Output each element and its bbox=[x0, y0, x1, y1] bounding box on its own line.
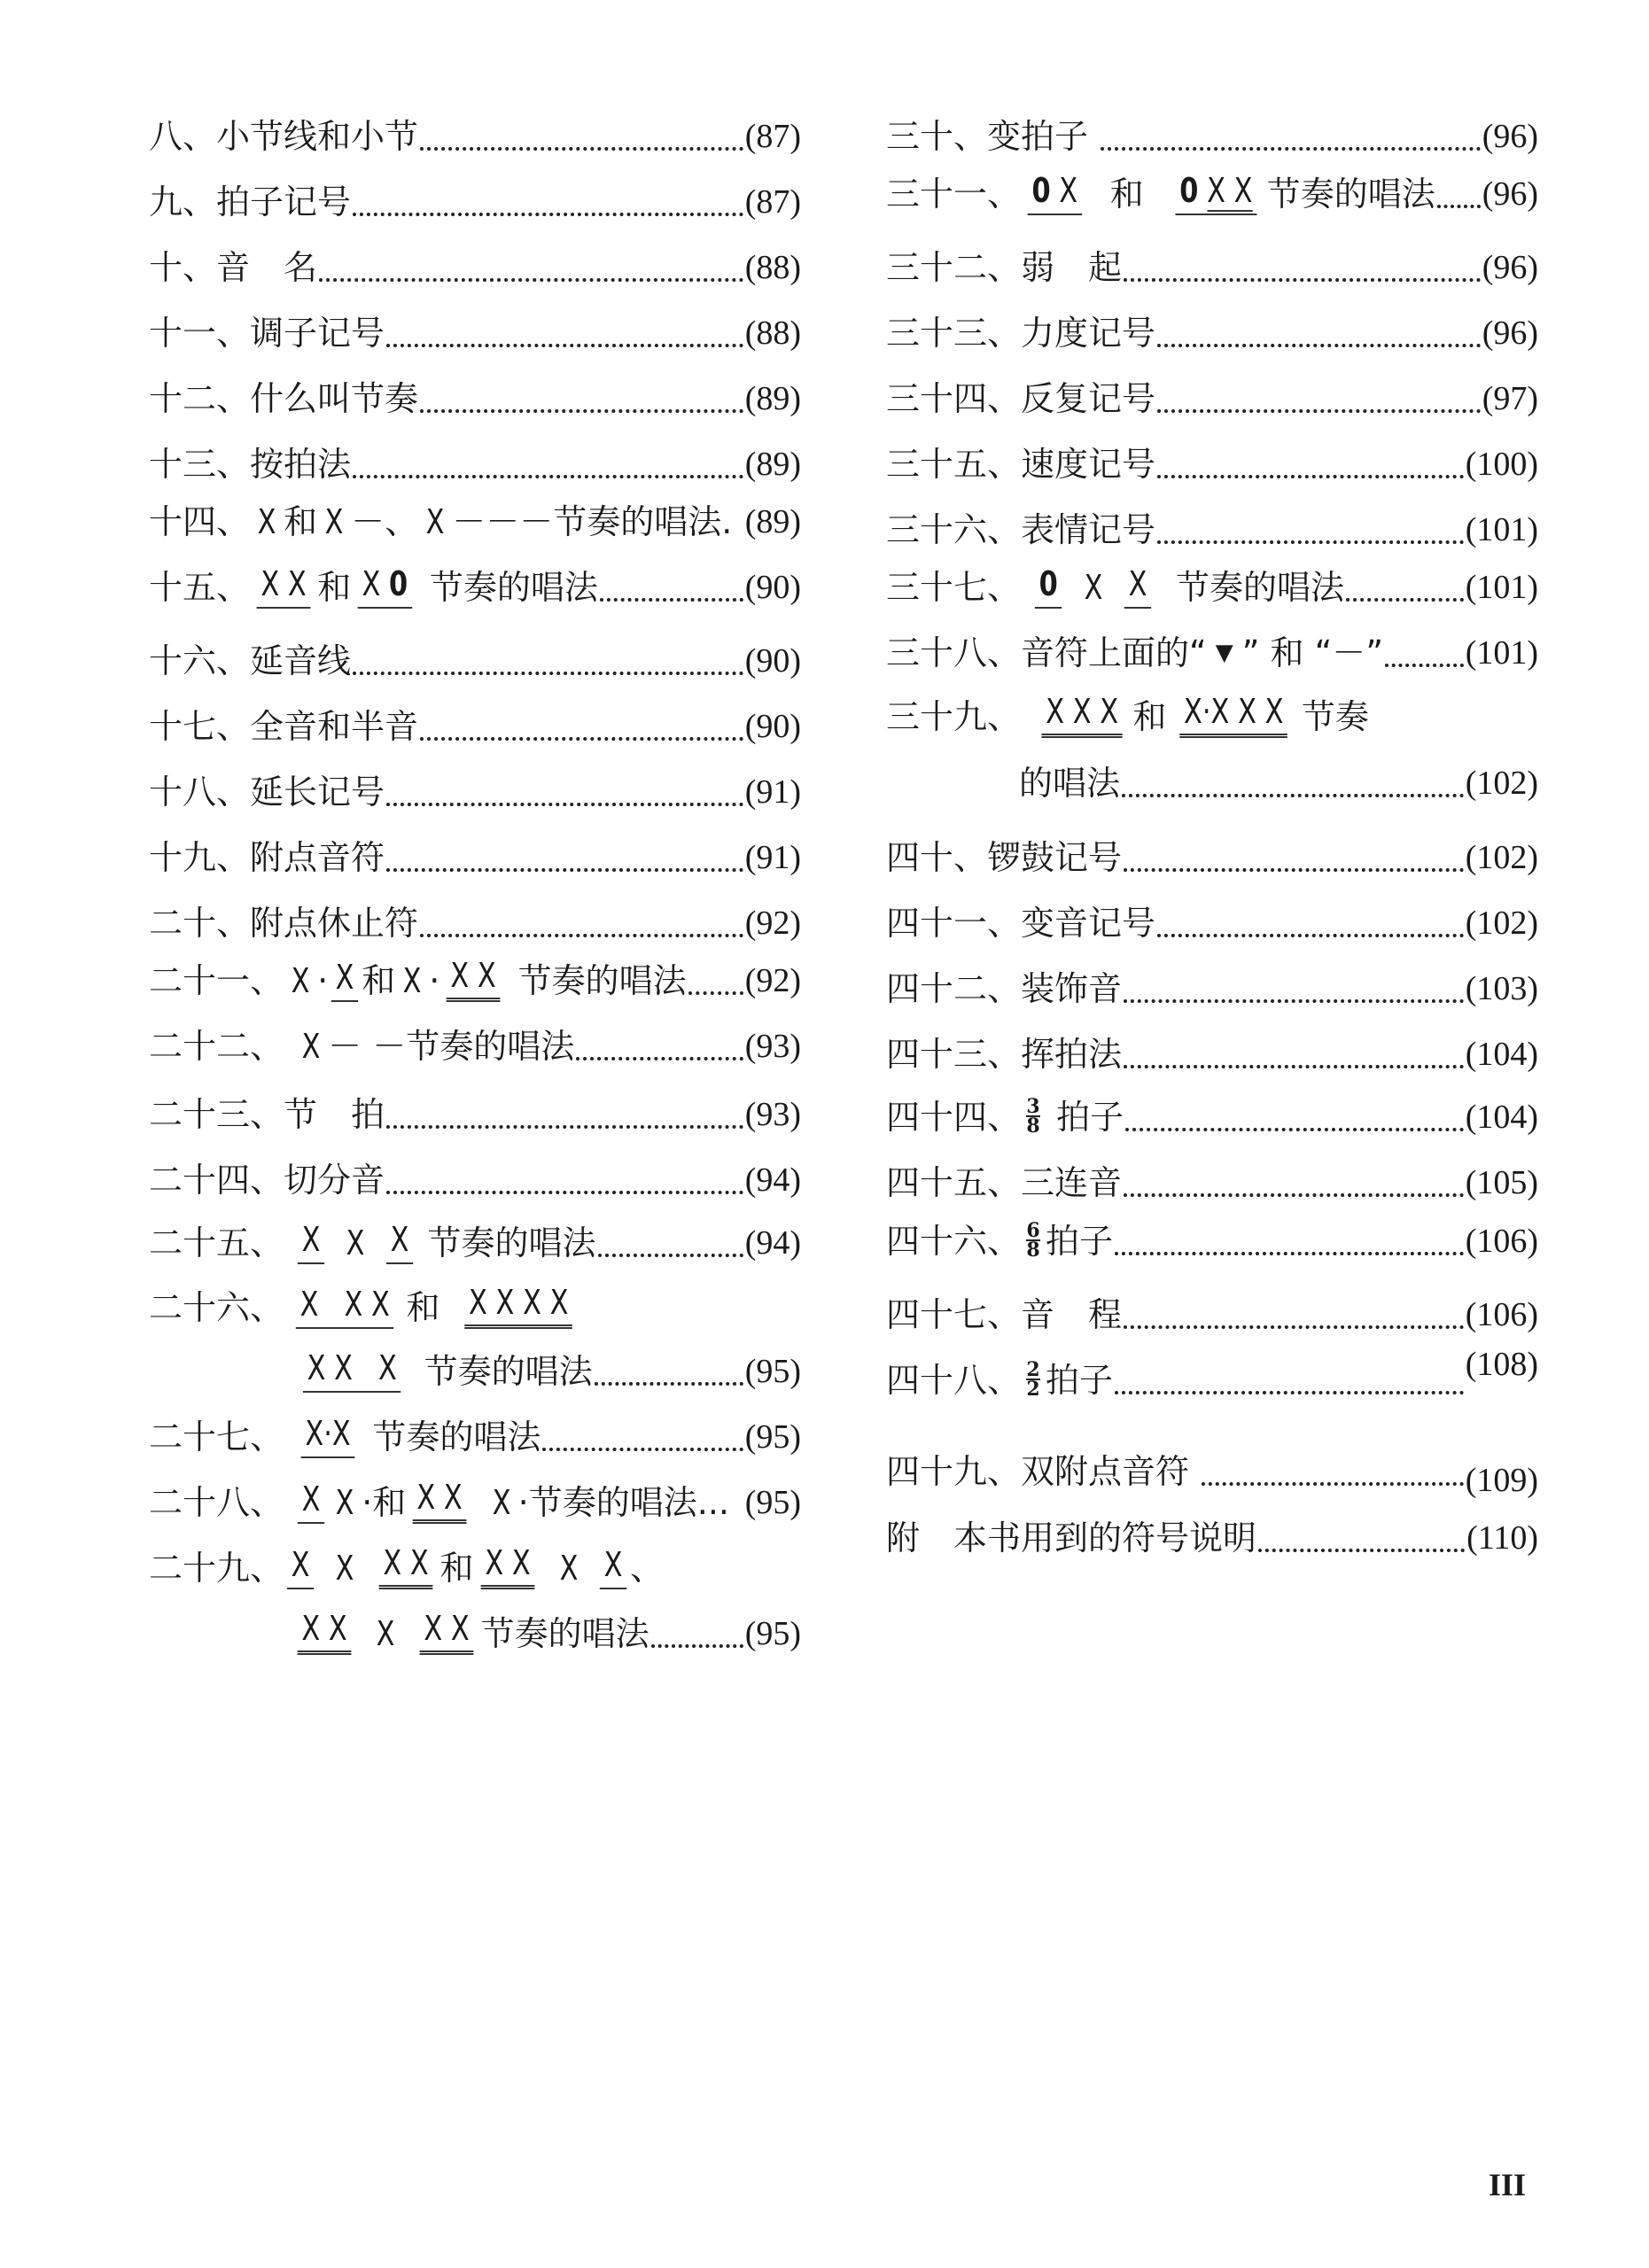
toc-entry-45[interactable]: 四十五、三连音 (105) bbox=[886, 1151, 1538, 1204]
toc-entry-appendix[interactable]: 附 本书用到的符号说明 (110) bbox=[886, 1506, 1538, 1559]
dot-symbol: · bbox=[429, 959, 439, 1002]
entry-page: (92) bbox=[745, 959, 801, 1002]
rhythm-xx-double: X X bbox=[420, 1607, 474, 1655]
dot-leader bbox=[651, 1644, 743, 1648]
entry-page: (90) bbox=[745, 566, 801, 609]
entry-page: (108) bbox=[1466, 1343, 1538, 1386]
entry-title: 音符上面的 bbox=[1021, 632, 1189, 674]
rhythm-xx-double: X X bbox=[298, 1607, 352, 1655]
toc-entry-33[interactable]: 三十三、力度记号 (96) bbox=[886, 301, 1538, 354]
entry-page: (101) bbox=[1466, 566, 1538, 609]
entry-title: 延长记号 bbox=[250, 771, 385, 813]
note-x-underlined: X bbox=[600, 1543, 626, 1589]
entry-title: 装饰音 bbox=[1021, 967, 1122, 1010]
note-x: X bbox=[331, 1547, 358, 1589]
toc-entry-44[interactable]: 四十四、 38 拍子 (104) bbox=[886, 1085, 1538, 1138]
note-x: X bbox=[298, 1025, 324, 1068]
entry-title-suffix: 节奏的唱法 bbox=[406, 1025, 574, 1068]
entry-page: (94) bbox=[745, 1159, 801, 1201]
entry-title-suffix: 节奏的唱法 bbox=[1267, 173, 1435, 215]
entry-title: 附点休止符 bbox=[250, 902, 418, 944]
note-x: X bbox=[422, 501, 448, 543]
dash-symbol: － bbox=[351, 501, 385, 543]
entry-title-suffix: 节奏的唱法 bbox=[529, 1481, 697, 1524]
dot-leader bbox=[1157, 344, 1481, 347]
dot-leader bbox=[420, 409, 743, 413]
toc-entry-23[interactable]: 二十三、节 拍 (93) bbox=[149, 1083, 801, 1136]
entry-page: (87) bbox=[745, 181, 801, 223]
toc-entry-16[interactable]: 十六、延音线 (90) bbox=[149, 629, 801, 682]
note-x-underlined: X bbox=[331, 956, 358, 1002]
entry-page: (93) bbox=[745, 1025, 801, 1068]
quote-close: ” bbox=[1242, 632, 1260, 674]
entry-number: 四十八、 bbox=[886, 1359, 1021, 1402]
dot-leader bbox=[1115, 1391, 1464, 1394]
toc-entry-26-cont[interactable]: X X X 节奏的唱法 (95) bbox=[149, 1340, 801, 1393]
entry-number: 二十、 bbox=[149, 902, 250, 944]
quote-open: “ bbox=[1189, 632, 1207, 674]
rhythm-xx-x: X X X bbox=[303, 1347, 401, 1393]
dot-leader bbox=[1157, 409, 1481, 413]
entry-page: (110) bbox=[1466, 1517, 1538, 1559]
entry-page: (96) bbox=[1482, 115, 1538, 158]
dot-leader bbox=[319, 278, 743, 282]
entry-number: 二十四、 bbox=[149, 1159, 284, 1201]
entry-number: 九、 bbox=[149, 181, 216, 223]
entry-title: 切分音 bbox=[284, 1159, 385, 1201]
note-x-underlined: X bbox=[298, 1218, 324, 1264]
entry-number: 十九、 bbox=[149, 836, 250, 879]
rhythm-xx-double: X X bbox=[447, 954, 501, 1002]
toc-entry-39-cont[interactable]: 的唱法 (102) bbox=[886, 751, 1538, 804]
entry-page: (95) bbox=[745, 1416, 801, 1458]
dot-leader bbox=[353, 213, 743, 216]
entry-title: 弱 起 bbox=[1021, 246, 1122, 289]
entry-page: (92) bbox=[745, 902, 801, 944]
entry-page: (104) bbox=[1466, 1096, 1538, 1138]
entry-number: 三十五、 bbox=[886, 443, 1021, 485]
dash-symbol: － bbox=[372, 1025, 406, 1068]
toc-entry-48[interactable]: 四十八、 22拍子 (108) bbox=[886, 1348, 1538, 1402]
dot-symbol: · bbox=[317, 959, 328, 1002]
entry-number: 十、 bbox=[149, 246, 216, 289]
toc-entry-42[interactable]: 四十二、装饰音 (103) bbox=[886, 957, 1538, 1010]
entry-title: 延音线 bbox=[250, 640, 351, 682]
entry-title-suffix: 节奏的唱法 bbox=[553, 501, 721, 543]
entry-title: 拍子记号 bbox=[216, 181, 351, 223]
entry-page: (102) bbox=[1466, 902, 1538, 944]
dot-leader bbox=[386, 803, 743, 806]
toc-entry-11[interactable]: 十一、调子记号 (88) bbox=[149, 301, 801, 354]
entry-number: 二十二、 bbox=[149, 1025, 284, 1068]
note-x: X bbox=[399, 959, 425, 1002]
entry-title: 全音和半音 bbox=[250, 705, 418, 748]
entry-page: (90) bbox=[745, 640, 801, 682]
entry-number: 八、 bbox=[149, 115, 216, 158]
dot-leader bbox=[420, 934, 743, 937]
entry-page: (103) bbox=[1466, 967, 1538, 1010]
dot-leader bbox=[386, 868, 743, 872]
dot-leader bbox=[1124, 1193, 1464, 1197]
entry-page: (104) bbox=[1466, 1033, 1538, 1076]
entry-number: 四十二、 bbox=[886, 967, 1021, 1010]
entry-number: 十三、 bbox=[149, 443, 250, 485]
note-x: X bbox=[1079, 566, 1106, 609]
entry-page: (91) bbox=[745, 836, 801, 879]
and-text: 和 bbox=[407, 1286, 440, 1329]
toc-entry-41[interactable]: 四十一、变音记号 (102) bbox=[886, 891, 1538, 944]
dash-symbol: － bbox=[519, 501, 553, 543]
entry-title-suffix: 拍子 bbox=[1046, 1220, 1113, 1262]
toc-entry-17[interactable]: 十七、全音和半音 (90) bbox=[149, 695, 801, 748]
dot-leader bbox=[353, 475, 743, 478]
dot-symbol: · bbox=[362, 1481, 372, 1524]
entry-page: (101) bbox=[1466, 632, 1538, 674]
dot-leader bbox=[1202, 1482, 1464, 1486]
toc-entry-14[interactable]: 十四、 X和 X－、 X－－－节奏的唱法. (89) bbox=[149, 490, 801, 543]
and-text: 和 bbox=[284, 501, 317, 543]
entry-page: (100) bbox=[1466, 443, 1538, 485]
rhythm-x-dot-x: X·X bbox=[301, 1412, 355, 1458]
toc-entry-43[interactable]: 四十三、挥拍法 (104) bbox=[886, 1022, 1538, 1076]
dot-leader bbox=[1101, 147, 1481, 151]
entry-title: 锣鼓记号 bbox=[987, 836, 1122, 879]
rhythm-x-xx: X X X bbox=[296, 1283, 394, 1329]
entry-number: 三十一、 bbox=[886, 173, 1021, 215]
dot-leader bbox=[1258, 1549, 1465, 1552]
entry-page: (96) bbox=[1482, 173, 1538, 215]
entry-number: 十二、 bbox=[149, 377, 250, 420]
toc-entry-47[interactable]: 四十七、音 程 (106) bbox=[886, 1283, 1538, 1336]
entry-title: 挥拍法 bbox=[1021, 1033, 1122, 1076]
rhythm-x0: X 0 bbox=[358, 563, 412, 609]
rhythm-xx-double: X X bbox=[413, 1476, 467, 1524]
rhythm-0xx: 0 X X bbox=[1175, 169, 1256, 215]
toc-entry-39[interactable]: 三十九、 X X X和X·X X X节奏 bbox=[886, 685, 1538, 738]
entry-title: 音 名 bbox=[216, 246, 317, 289]
entry-number: 二十九、 bbox=[149, 1547, 284, 1589]
note-x-underlined: X bbox=[298, 1478, 324, 1524]
entry-number: 四十九、 bbox=[886, 1450, 1021, 1493]
entry-page: (91) bbox=[745, 771, 801, 813]
entry-number: 三十、 bbox=[886, 115, 987, 158]
entry-title: 双附点音符 bbox=[1021, 1450, 1189, 1493]
entry-page: (94) bbox=[745, 1222, 801, 1264]
time-signature-3-8: 38 bbox=[1026, 1098, 1040, 1135]
entry-number: 三十八、 bbox=[886, 632, 1021, 674]
entry-number: 四十六、 bbox=[886, 1220, 1021, 1262]
dash-symbol: － bbox=[452, 501, 486, 543]
entry-page: (89) bbox=[745, 443, 801, 485]
dot-leader bbox=[1115, 1252, 1464, 1255]
note-x: X bbox=[487, 1481, 514, 1524]
time-signature-2-2: 22 bbox=[1026, 1361, 1040, 1398]
entry-number: 四十三、 bbox=[886, 1033, 1021, 1076]
entry-title-suffix: 拍子 bbox=[1056, 1096, 1124, 1138]
entry-title-suffix: 节奏的唱法 bbox=[1176, 566, 1344, 609]
entry-number: 三十三、 bbox=[886, 312, 1021, 354]
and-text: 和 bbox=[1110, 173, 1144, 215]
entry-title: 小节线和小节 bbox=[216, 115, 418, 158]
and-text: 和 bbox=[317, 566, 351, 609]
entry-page: (96) bbox=[1482, 312, 1538, 354]
dash-symbol: － bbox=[486, 501, 519, 543]
entry-title: 附点音符 bbox=[250, 836, 385, 879]
dot-leader bbox=[1124, 868, 1464, 872]
toc-entry-13[interactable]: 十三、按拍法 (89) bbox=[149, 432, 801, 485]
toc-entry-31[interactable]: 三十一、 0 X 和 0 X X节奏的唱法 (96) bbox=[886, 162, 1538, 215]
and-text: 和 bbox=[439, 1547, 473, 1589]
dot-leader bbox=[1124, 278, 1481, 282]
comma: 、 bbox=[385, 501, 418, 543]
entry-number: 十六、 bbox=[149, 640, 250, 682]
entry-page: (96) bbox=[1482, 246, 1538, 289]
rhythm-xx-double: X X bbox=[480, 1542, 534, 1589]
entry-title: 什么叫节奏 bbox=[250, 377, 418, 420]
dot-leader bbox=[1125, 1128, 1464, 1131]
entry-number: 二十八、 bbox=[149, 1481, 284, 1524]
toc-entry-29-cont[interactable]: X X X X X节奏的唱法 (95) bbox=[149, 1602, 801, 1655]
note-x: X bbox=[556, 1547, 582, 1589]
dot-leader bbox=[386, 1125, 743, 1129]
rhythm-xx: X X bbox=[257, 563, 311, 609]
toc-entry-15[interactable]: 十五、 X X和X 0 节奏的唱法 (90) bbox=[149, 555, 801, 609]
entry-title-suffix: 节奏 bbox=[1302, 695, 1369, 738]
and-text: 和 bbox=[1271, 632, 1304, 674]
note-x-underlined: X bbox=[386, 1218, 413, 1264]
toc-entry-21[interactable]: 二十一、 X·X和X·X X 节奏的唱法 (92) bbox=[149, 949, 801, 1002]
entry-title-suffix: 节奏的唱法 bbox=[430, 566, 598, 609]
dot-leader bbox=[688, 991, 743, 995]
rhythm-xxx: X X X bbox=[1042, 690, 1123, 738]
entry-title: 本书用到的符号说明 bbox=[920, 1517, 1256, 1559]
entry-number: 十八、 bbox=[149, 771, 250, 813]
dot-leader bbox=[1124, 1065, 1464, 1068]
page-number: III bbox=[1489, 2166, 1526, 2203]
entry-title: 变拍子 bbox=[987, 115, 1088, 158]
entry-title: 速度记号 bbox=[1021, 443, 1155, 485]
entry-title-suffix: 节奏的唱法 bbox=[372, 1416, 541, 1458]
dash-symbol: － bbox=[328, 1025, 362, 1068]
toc-entry-49[interactable]: 四十九、双附点音符 (109) bbox=[886, 1440, 1538, 1493]
entry-title: 调子记号 bbox=[250, 312, 385, 354]
entry-number: 二十七、 bbox=[149, 1416, 284, 1458]
entry-title-suffix: 节奏的唱法 bbox=[518, 959, 687, 1002]
entry-number: 十五、 bbox=[149, 566, 250, 609]
dot-leader bbox=[420, 737, 743, 741]
entry-number: 三十四、 bbox=[886, 377, 1021, 420]
entry-number: 二十三、 bbox=[149, 1093, 284, 1136]
rhythm-0x: 0 X bbox=[1028, 169, 1082, 215]
dot-leader bbox=[600, 598, 743, 602]
toc-entry-29[interactable]: 二十九、 X X X X和X X X X、 bbox=[149, 1536, 801, 1589]
toc-entry-46[interactable]: 四十六、 68拍子 (106) bbox=[886, 1209, 1538, 1262]
dot-leader bbox=[1157, 934, 1464, 937]
note-x: X bbox=[342, 1222, 369, 1264]
entry-title: 的唱法 bbox=[1019, 762, 1120, 804]
dot-leader bbox=[1157, 475, 1464, 478]
accent-triangle-icon: ▼ bbox=[1216, 632, 1233, 674]
toc-entry-18[interactable]: 十八、延长记号 (91) bbox=[149, 760, 801, 813]
toc-entry-38[interactable]: 三十八、音符上面的 “▼” 和 “－” (101) bbox=[886, 621, 1538, 674]
time-signature-6-8: 68 bbox=[1026, 1222, 1040, 1259]
dot-symbol: · bbox=[518, 1481, 529, 1524]
entry-page: (97) bbox=[1482, 377, 1538, 420]
entry-number: 三十六、 bbox=[886, 509, 1021, 551]
toc-entry-27[interactable]: 二十七、 X·X 节奏的唱法 (95) bbox=[149, 1405, 801, 1458]
note-x: X bbox=[287, 959, 314, 1002]
and-text: 和 bbox=[1132, 695, 1166, 738]
quote-open: “ bbox=[1315, 632, 1333, 674]
entry-page: (95) bbox=[745, 1350, 801, 1393]
dot-leader bbox=[1124, 1325, 1464, 1329]
quote-close: ” bbox=[1365, 632, 1383, 674]
rhythm-x-dot-xxx: X·X X X bbox=[1180, 690, 1288, 738]
dot-leader bbox=[1437, 205, 1481, 208]
dot-leader bbox=[386, 1191, 743, 1194]
entry-page: (106) bbox=[1466, 1293, 1538, 1336]
entry-number: 三十七、 bbox=[886, 566, 1021, 609]
toc-entry-8[interactable]: 八、小节线和小节 (87) bbox=[149, 105, 801, 158]
dot-leader bbox=[1157, 540, 1464, 544]
toc-entry-20[interactable]: 二十、附点休止符 (92) bbox=[149, 891, 801, 944]
entry-title: 按拍法 bbox=[250, 443, 351, 485]
note-x: X bbox=[253, 501, 280, 543]
entry-page: (106) bbox=[1466, 1220, 1538, 1262]
entry-number: 二十一、 bbox=[149, 959, 284, 1002]
toc-entry-37[interactable]: 三十七、 0 X X 节奏的唱法 (101) bbox=[886, 555, 1538, 609]
entry-page: (102) bbox=[1466, 762, 1538, 804]
toc-entry-25[interactable]: 二十五、 X X X 节奏的唱法 (94) bbox=[149, 1211, 801, 1264]
entry-title: 反复记号 bbox=[1021, 377, 1155, 420]
entry-title: 力度记号 bbox=[1021, 312, 1155, 354]
dot-leader bbox=[386, 344, 743, 347]
entry-page: (102) bbox=[1466, 836, 1538, 879]
entry-page: (88) bbox=[745, 312, 801, 354]
toc-entry-26[interactable]: 二十六、 X X X和 X X X X bbox=[149, 1276, 801, 1329]
entry-title: 表情记号 bbox=[1021, 509, 1155, 551]
entry-page: (88) bbox=[745, 246, 801, 289]
entry-number: 四十、 bbox=[886, 836, 987, 879]
toc-entry-34[interactable]: 三十四、反复记号 (97) bbox=[886, 367, 1538, 420]
entry-page: (101) bbox=[1466, 509, 1538, 551]
toc-entry-36[interactable]: 三十六、表情记号 (101) bbox=[886, 498, 1538, 551]
entry-title-suffix: 节奏的唱法 bbox=[424, 1350, 593, 1393]
note-x: X bbox=[331, 1481, 358, 1524]
entry-number: 四十四、 bbox=[886, 1096, 1021, 1138]
note-x: X bbox=[321, 501, 347, 543]
dot-leader bbox=[353, 672, 743, 675]
entry-page: (87) bbox=[745, 115, 801, 158]
entry-number: 四十五、 bbox=[886, 1161, 1021, 1204]
note-x-underlined: X bbox=[1124, 563, 1151, 609]
toc-entry-9[interactable]: 九、拍子记号 (87) bbox=[149, 170, 801, 223]
entry-number: 二十五、 bbox=[149, 1222, 284, 1264]
toc-entry-22[interactable]: 二十二、 X－ －节奏的唱法 (93) bbox=[149, 1014, 801, 1068]
entry-title-suffix: 节奏的唱法 bbox=[428, 1222, 596, 1264]
note-x-underlined: X bbox=[287, 1543, 314, 1589]
entry-title: 三连音 bbox=[1021, 1161, 1122, 1204]
toc-entry-24[interactable]: 二十四、切分音 (94) bbox=[149, 1148, 801, 1201]
note-zero-underlined: 0 bbox=[1035, 563, 1062, 609]
entry-page: (105) bbox=[1466, 1161, 1538, 1204]
tenuto-dash-icon: － bbox=[1332, 632, 1365, 674]
entry-number: 四十七、 bbox=[886, 1293, 1021, 1336]
entry-page: (109) bbox=[1466, 1459, 1538, 1502]
toc-entry-32[interactable]: 三十二、弱 起 (96) bbox=[886, 236, 1538, 289]
note-x: X bbox=[372, 1612, 399, 1655]
dot-leader bbox=[1122, 794, 1464, 797]
dot-leader bbox=[576, 1057, 743, 1060]
comma: 、 bbox=[630, 1547, 664, 1589]
dot-leader bbox=[542, 1448, 743, 1451]
entry-number: 三十二、 bbox=[886, 246, 1021, 289]
toc-entry-10[interactable]: 十、音 名 (88) bbox=[149, 236, 801, 289]
entry-number: 四十一、 bbox=[886, 902, 1021, 944]
toc-entry-40[interactable]: 四十、锣鼓记号 (102) bbox=[886, 826, 1538, 879]
dot-leader bbox=[595, 1382, 743, 1386]
entry-number: 十一、 bbox=[149, 312, 250, 354]
entry-page: (93) bbox=[745, 1093, 801, 1136]
entry-title: 变音记号 bbox=[1021, 902, 1155, 944]
toc-entry-30[interactable]: 三十、变拍子 (96) bbox=[886, 105, 1538, 158]
entry-page: (90) bbox=[745, 705, 801, 748]
entry-title: 音 程 bbox=[1021, 1293, 1122, 1336]
entry-number: 十七、 bbox=[149, 705, 250, 748]
entry-number: 附 bbox=[886, 1517, 920, 1559]
and-text: 和 bbox=[362, 959, 395, 1002]
rhythm-xx-double: X X bbox=[379, 1542, 433, 1589]
entry-number: 三十九、 bbox=[886, 695, 1021, 738]
entry-page: (89) bbox=[745, 501, 801, 543]
entry-number: 十四、 bbox=[149, 501, 250, 543]
entry-page: (95) bbox=[745, 1481, 801, 1524]
entry-title-suffix: 节奏的唱法 bbox=[481, 1612, 649, 1655]
toc-entry-35[interactable]: 三十五、速度记号 (100) bbox=[886, 432, 1538, 485]
dot-leader bbox=[1124, 999, 1464, 1003]
entry-title: 节 拍 bbox=[284, 1093, 385, 1136]
toc-entry-28[interactable]: 二十八、 XX·和X X X·节奏的唱法... (95) bbox=[149, 1471, 801, 1524]
entry-page: (95) bbox=[745, 1612, 801, 1655]
dot-leader bbox=[1385, 664, 1464, 667]
dot-leader bbox=[1346, 598, 1464, 602]
dot-leader bbox=[598, 1254, 743, 1257]
toc-entry-19[interactable]: 十九、附点音符 (91) bbox=[149, 826, 801, 879]
toc-entry-12[interactable]: 十二、什么叫节奏 (89) bbox=[149, 367, 801, 420]
dot-leader bbox=[420, 147, 743, 151]
xx-second-underline: X X bbox=[1207, 171, 1252, 212]
entry-number: 二十六、 bbox=[149, 1286, 284, 1329]
and-text: 和 bbox=[372, 1481, 406, 1524]
entry-title-suffix: 拍子 bbox=[1046, 1359, 1113, 1402]
entry-page: (89) bbox=[745, 377, 801, 420]
rhythm-xxxx: X X X X bbox=[464, 1281, 572, 1329]
